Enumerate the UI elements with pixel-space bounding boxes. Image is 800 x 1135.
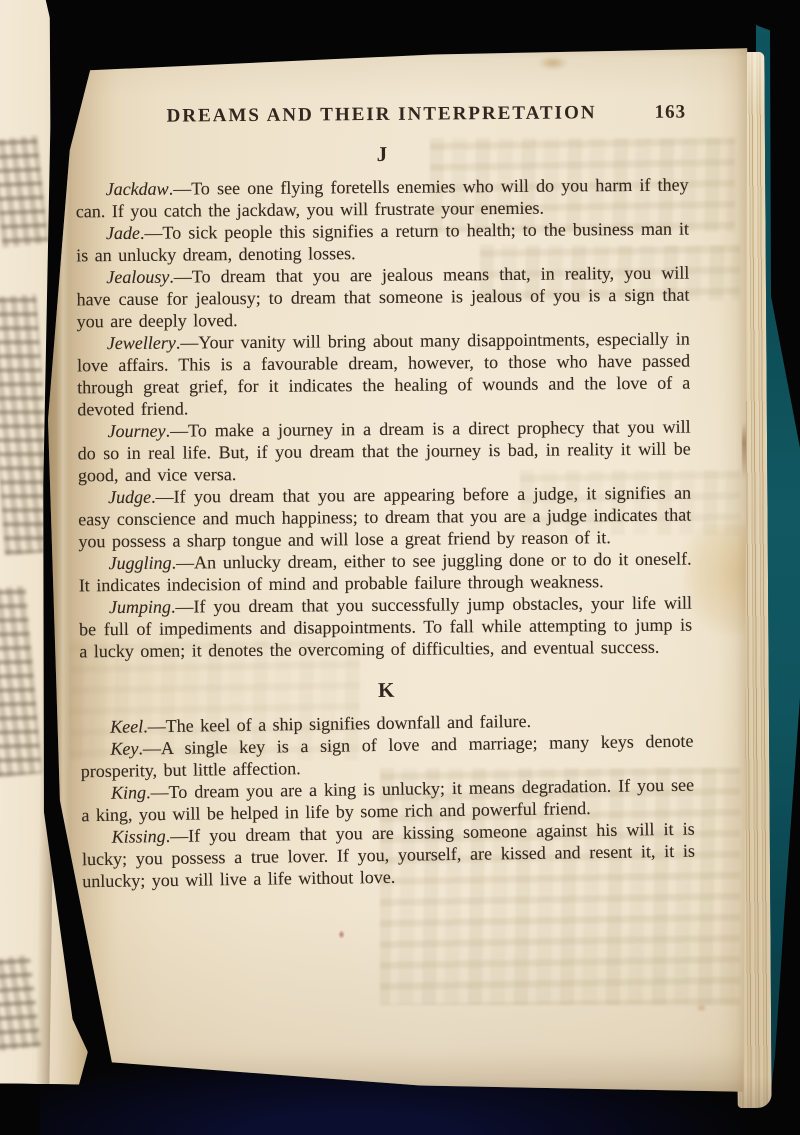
dictionary-entry-journey: Journey.—To make a journey in a dream is… — [77, 416, 690, 487]
blurred-text-band — [0, 586, 42, 777]
page-header: DREAMS AND THEIR INTERPRETATION 163 — [75, 102, 688, 133]
entry-separator: .— — [143, 716, 166, 736]
entry-separator: .— — [171, 596, 194, 616]
dictionary-entry-juggling: Juggling.—An unlucky dream, either to se… — [79, 548, 692, 597]
entry-separator: .— — [172, 552, 195, 572]
entry-term: Journey — [107, 421, 165, 441]
running-title: DREAMS AND THEIR INTERPRETATION — [75, 102, 688, 129]
entry-term: Jewellery — [107, 333, 176, 354]
entry-term: Judge — [108, 487, 151, 507]
entry-definition: To sick people this signifies a return t… — [76, 219, 689, 266]
blurred-text-band — [0, 955, 41, 1053]
dictionary-entry-jackdaw: Jackdaw.—To see one flying foretells ene… — [76, 174, 689, 223]
dictionary-entry-judge: Judge.—If you dream that you are appeari… — [78, 482, 691, 553]
paper-stain — [538, 56, 568, 70]
dictionary-entry-jewellery: Jewellery.—Your vanity will bring about … — [77, 328, 691, 421]
dictionary-entry-kissing: Kissing.—If you dream that you are kissi… — [82, 818, 696, 893]
dictionary-entry-jade: Jade.—To sick people this signifies a re… — [76, 218, 689, 267]
entry-separator: .— — [140, 223, 163, 243]
section-j: J Jackdaw.—To see one flying foretells e… — [75, 140, 692, 663]
dictionary-entry-jealousy: Jealousy.—To dream that you are jealous … — [76, 262, 689, 333]
entry-separator: .— — [138, 738, 161, 758]
blurred-text-band — [0, 294, 55, 555]
entry-term: King — [111, 782, 146, 802]
section-k-block: K Keel.—The keel of a ship signifies dow… — [80, 674, 696, 893]
entry-separator: .— — [176, 332, 199, 352]
entry-term: Jackdaw — [106, 179, 169, 199]
entry-term: Jealousy — [106, 267, 169, 287]
foxing-spot — [696, 1004, 707, 1012]
book-photo-scene: DREAMS AND THEIR INTERPRETATION 163 J Ja… — [0, 0, 800, 1135]
entry-separator: .— — [151, 487, 174, 507]
entry-term: Kissing — [112, 826, 166, 847]
entry-term: Juggling — [109, 553, 172, 573]
ink-speck — [338, 930, 345, 939]
section-k: K Keel.—The keel of a ship signifies dow… — [80, 676, 695, 891]
entry-term: Jumping — [109, 597, 171, 617]
dictionary-entry-jumping: Jumping.—If you dream that you successfu… — [79, 592, 692, 663]
entry-definition: To dream you are a king is unlucky; it m… — [81, 775, 694, 826]
entry-definition: A single key is a sign of love and marri… — [81, 731, 694, 782]
section-letter-j: J — [75, 140, 688, 170]
section-letter-k: K — [80, 674, 693, 708]
entry-separator: .— — [146, 782, 169, 802]
paper-stain — [684, 524, 754, 634]
entry-term: Key — [110, 738, 138, 758]
entry-separator: .— — [169, 178, 192, 198]
entry-term: Keel — [110, 716, 143, 736]
page-content: DREAMS AND THEIR INTERPRETATION 163 J Ja… — [75, 102, 694, 891]
entry-separator: .— — [165, 420, 188, 440]
blurred-text-band — [0, 135, 49, 247]
entry-separator: .— — [169, 266, 192, 286]
entry-term: Jade — [106, 223, 140, 243]
page-number: 163 — [654, 102, 686, 124]
entry-separator: .— — [166, 826, 189, 846]
book-photo: { "book_page": { "header": { "title": "D… — [0, 0, 800, 1135]
book-page: DREAMS AND THEIR INTERPRETATION 163 J Ja… — [48, 44, 750, 1096]
